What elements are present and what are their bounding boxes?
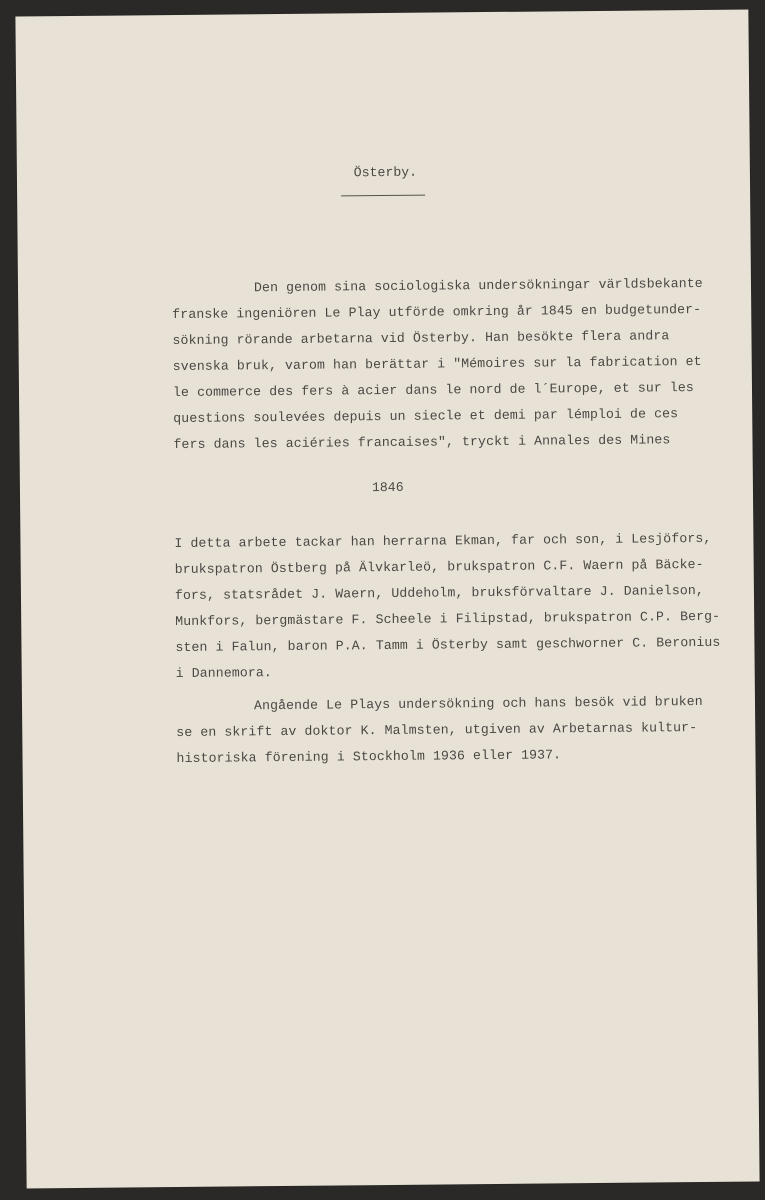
paragraph-1-line-2: franske ingeniören Le Play utförde omkri… [172, 302, 701, 322]
paragraph-2-line-1: I detta arbete tackar han herrarna Ekman… [174, 531, 711, 551]
publication-year: 1846 [372, 480, 404, 495]
paragraph-3-line-2: se en skrift av doktor K. Malmsten, utgi… [176, 720, 697, 740]
document-title: Österby. [354, 165, 417, 181]
paragraph-1-line-7: fers dans les aciéries francaises", tryc… [173, 432, 670, 452]
paragraph-2-line-3: fors, statsrådet J. Waern, Uddeholm, bru… [175, 583, 704, 603]
paragraph-3-line-1: Angående Le Plays undersökning och hans … [254, 694, 703, 713]
document-title-wrapper: Österby. [17, 160, 750, 185]
paper-page: Österby. Den genom sina sociologiska und… [15, 10, 759, 1189]
paragraph-1-line-3: sökning rörande arbetarna vid Österby. H… [172, 328, 669, 348]
paragraph-1-line-6: questions soulevées depuis un siecle et … [173, 406, 678, 426]
paragraph-2-line-4: Munkfors, bergmästare F. Scheele i Filip… [175, 609, 720, 629]
title-underline [341, 195, 425, 197]
paragraph-2-line-6: i Dannemora. [176, 665, 272, 681]
paragraph-3-line-3: historiska förening i Stockholm 1936 ell… [176, 747, 561, 766]
paragraph-1-line-4: svenska bruk, varom han berättar i "Mémo… [173, 354, 702, 374]
paragraph-2-line-5: sten i Falun, baron P.A. Tamm i Österby … [175, 635, 720, 655]
paragraph-1-line-1: Den genom sina sociologiska undersökning… [254, 276, 703, 295]
paragraph-1-line-5: le commerce des fers à acier dans le nor… [173, 380, 694, 400]
paragraph-2-line-2: brukspatron Östberg på Älvkarleö, bruksp… [175, 557, 704, 577]
scanned-document-view: Österby. Den genom sina sociologiska und… [0, 0, 765, 1200]
